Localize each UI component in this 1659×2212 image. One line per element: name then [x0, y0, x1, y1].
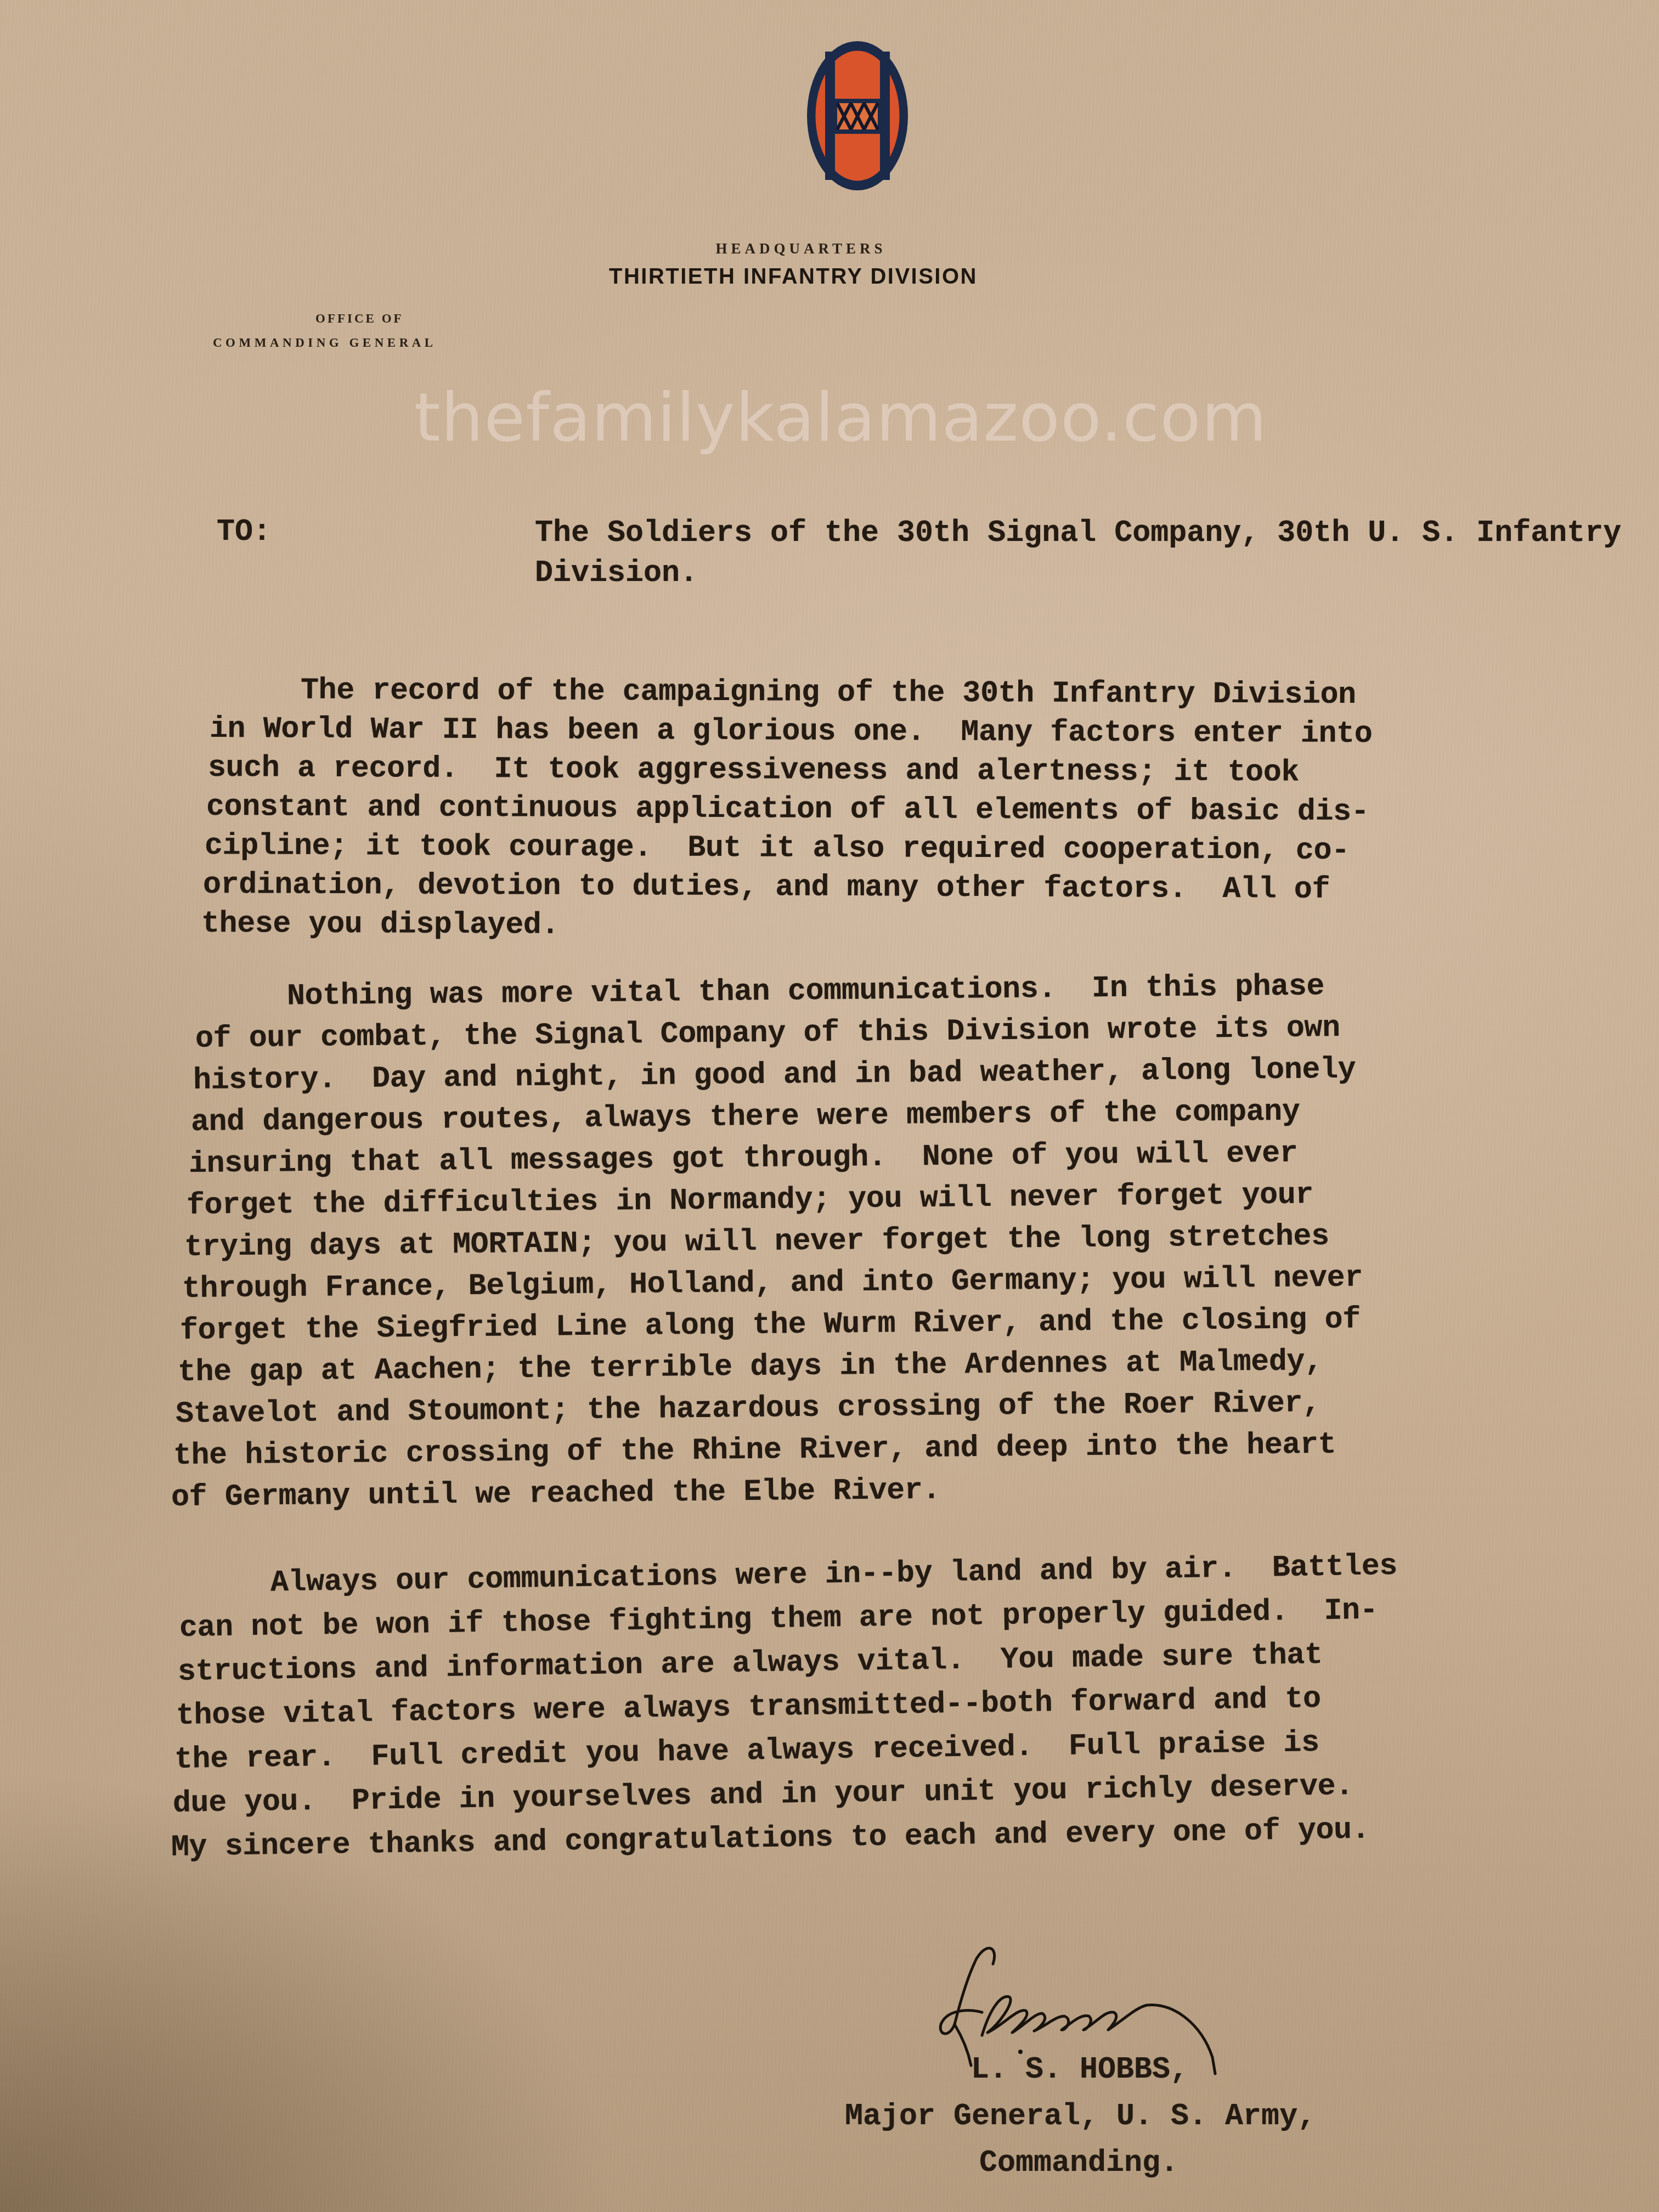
paragraph-line: in World War II has been a glorious one.… [210, 714, 1373, 749]
salutation: TO: The Soldiers of the 30th Signal Comp… [217, 517, 253, 637]
headquarters-label: HEADQUARTERS [609, 240, 993, 258]
office-of-label: OFFICE OF [315, 312, 404, 326]
paragraph-line: The record of the campaigning of the 30t… [211, 675, 1356, 710]
paragraph-line: of Germany until we reached the Elbe Riv… [171, 1475, 940, 1513]
paragraph-line: such a record. It took aggressiveness an… [208, 753, 1299, 788]
signer-rank: Major General, U. S. Army, [845, 2101, 1316, 2131]
signer-role: Commanding. [979, 2148, 1178, 2178]
signer-name: L. S. HOBBS, [971, 2055, 1188, 2085]
division-title: THIRTIETH INFANTRY DIVISION [609, 264, 1070, 289]
paragraph-line: constant and continuous application of a… [206, 792, 1369, 827]
watermark: thefamilykalamazoo.com [414, 379, 1267, 456]
paragraph-line: these you displayed. [201, 909, 559, 940]
to-line-1: The Soldiers of the 30th Signal Company,… [535, 518, 1621, 548]
division-insignia-icon [805, 39, 910, 192]
paragraph-line: ordination, devotion to duties, and many… [203, 870, 1330, 905]
to-label: TO: [217, 517, 271, 547]
to-line-2: Division. [535, 558, 698, 588]
paragraph-line: cipline; it took courage. But it also re… [205, 831, 1350, 866]
commanding-general-label: COMMANDING GENERAL [213, 336, 437, 350]
